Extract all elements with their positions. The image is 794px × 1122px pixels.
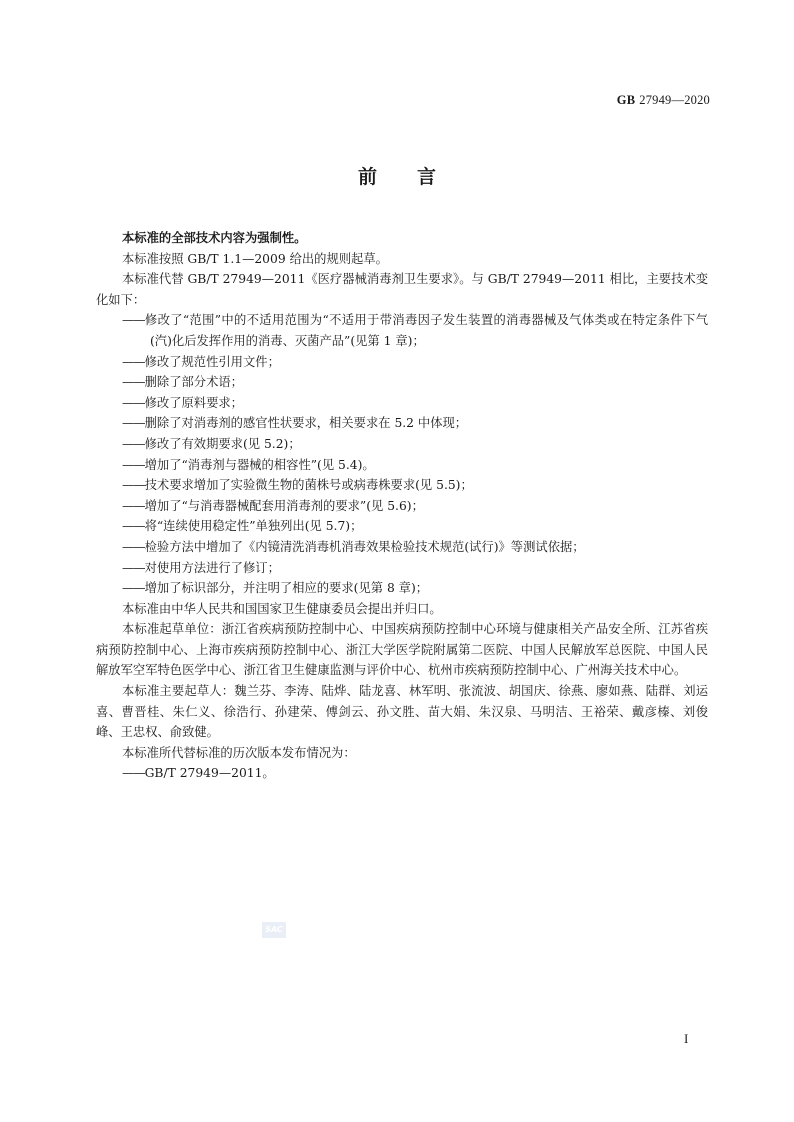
list-item: ——对使用方法进行了修订；	[96, 558, 708, 579]
list-item: ——修改了有效期要求(见 5.2)；	[96, 434, 708, 455]
standard-number: 27949—2020	[639, 93, 710, 107]
replacement-paragraph: 本标准代替 GB/T 27949—2011《医疗器械消毒剂卫生要求》。与 GB/…	[96, 269, 708, 310]
list-item: ——修改了规范性引用文件；	[96, 352, 708, 373]
drafting-rule-paragraph: 本标准按照 GB/T 1.1—2009 给出的规则起草。	[96, 249, 708, 270]
foreword-body: 本标准的全部技术内容为强制性。 本标准按照 GB/T 1.1—2009 给出的规…	[96, 228, 708, 784]
standard-code: GB27949—2020	[617, 93, 710, 108]
change-list: ——修改了“范围”中的不适用范围为“不适用于带消毒因子发生装置的消毒器械及气体类…	[96, 310, 708, 598]
list-item: ——修改了“范围”中的不适用范围为“不适用于带消毒因子发生装置的消毒器械及气体类…	[96, 310, 708, 351]
page-number: I	[684, 1031, 688, 1047]
drafting-units-paragraph: 本标准起草单位：浙江省疾病预防控制中心、中国疾病预防控制中心环境与健康相关产品安…	[96, 619, 708, 681]
history-item: ——GB/T 27949—2011。	[96, 763, 708, 784]
list-item: ——修改了原料要求；	[96, 393, 708, 414]
proposer-paragraph: 本标准由中华人民共和国国家卫生健康委员会提出并归口。	[96, 599, 708, 620]
list-item: ——将“连续使用稳定性”单独列出(见 5.7)；	[96, 516, 708, 537]
list-item: ——删除了对消毒剂的感官性状要求，相关要求在 5.2 中体现；	[96, 413, 708, 434]
list-item: ——增加了“消毒剂与器械的相容性”(见 5.4)。	[96, 455, 708, 476]
list-item: ——增加了“与消毒器械配套用消毒剂的要求”(见 5.6)；	[96, 496, 708, 517]
mandatory-statement: 本标准的全部技术内容为强制性。	[96, 228, 708, 249]
standard-prefix: GB	[617, 93, 635, 107]
list-item: ——增加了标识部分，并注明了相应的要求(见第 8 章)；	[96, 578, 708, 599]
history-intro-paragraph: 本标准所代替标准的历次版本发布情况为：	[96, 743, 708, 764]
list-item: ——技术要求增加了实验微生物的菌株号或病毒株要求(见 5.5)；	[96, 475, 708, 496]
page-title: 前言	[0, 162, 794, 189]
list-item: ——检验方法中增加了《内镜清洗消毒机消毒效果检验技术规范(试行)》等测试依据；	[96, 537, 708, 558]
sac-watermark-logo: SAC	[262, 922, 286, 938]
list-item: ——删除了部分术语；	[96, 372, 708, 393]
drafters-paragraph: 本标准主要起草人：魏兰芬、李涛、陆烨、陆龙喜、林军明、张流波、胡国庆、徐燕、廖如…	[96, 681, 708, 743]
